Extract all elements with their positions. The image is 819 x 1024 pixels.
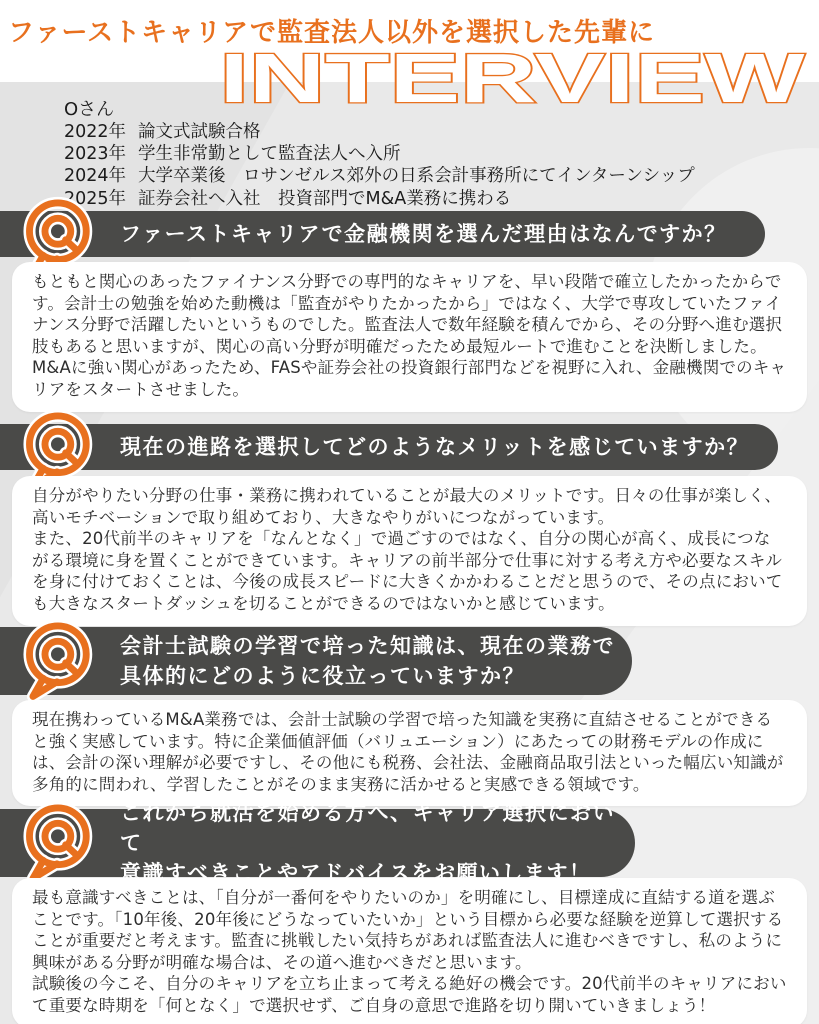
question-text: 会計士試験の学習で培った知識は、現在の業務で 具体的にどのように役立っていますか… [120,631,615,691]
timeline-year: 2024年 [64,165,138,187]
timeline-event: 大学卒業後 ロサンゼルス郊外の日系会計事務所にてインターンシップ [138,165,695,187]
answer-text: もともと関心のあったファイナンス分野での専門的なキャリアを、早い段階で確立したか… [32,271,787,401]
question-text: 現在の進路を選択してどのようなメリットを感じていますか？ [120,432,749,462]
answer-box-3: 現在携わっているM&A業務では、会計士試験の学習で培った知識を実務に直結させるこ… [12,700,807,806]
answer-box-1: もともと関心のあったファイナンス分野での専門的なキャリアを、早い段階で確立したか… [12,262,807,412]
timeline-row: 2025年 証券会社へ入社 投資部門でM&A業務に携わる [64,188,695,210]
answer-text: 最も意識すべきことは、「自分が一番何をやりたいのか」を明確にし、目標達成に直結す… [32,887,787,1017]
answer-box-4: 最も意識すべきことは、「自分が一番何をやりたいのか」を明確にし、目標達成に直結す… [12,878,807,1024]
page-kicker-title: ファーストキャリアで監査法人以外を選択した先輩に [8,12,655,49]
timeline-year: 2023年 [64,143,138,165]
question-bar-3: 会計士試験の学習で培った知識は、現在の業務で 具体的にどのように役立っていますか… [0,627,632,695]
question-bar-4: これから就活を始める方へ、キャリア選択において 意識すべきことやアドバイスをお願… [0,809,635,877]
answer-text: 現在携わっているM&A業務では、会計士試験の学習で培った知識を実務に直結させるこ… [32,709,787,795]
timeline-row: 2024年 大学卒業後 ロサンゼルス郊外の日系会計事務所にてインターンシップ [64,165,695,187]
question-text: これから就活を始める方へ、キャリア選択において 意識すべきことやアドバイスをお願… [120,798,635,888]
question-text: ファーストキャリアで金融機関を選んだ理由はなんですか？ [120,219,727,249]
timeline-event: 証券会社へ入社 投資部門でM&A業務に携わる [138,188,511,210]
profile-block: Oさん 2022年 論文式試験合格 2023年 学生非常勤として監査法人へ入所 … [64,98,695,210]
timeline-row: 2023年 学生非常勤として監査法人へ入所 [64,143,695,165]
question-bar-2: 現在の進路を選択してどのようなメリットを感じていますか？ [0,424,778,470]
answer-text: 自分がやりたい分野の仕事・業務に携われていることが最大のメリットです。日々の仕事… [32,485,787,615]
timeline-event: 論文式試験合格 [138,121,261,143]
answer-box-2: 自分がやりたい分野の仕事・業務に携われていることが最大のメリットです。日々の仕事… [12,476,807,626]
interview-poster: { "header": { "kicker": "ファーストキャリアで監査法人以… [0,0,819,1024]
profile-name: Oさん [64,98,695,121]
timeline-row: 2022年 論文式試験合格 [64,121,695,143]
timeline-event: 学生非常勤として監査法人へ入所 [138,143,401,165]
q-speech-bubble-icon [14,619,100,709]
timeline-year: 2022年 [64,121,138,143]
question-bar-1: ファーストキャリアで金融機関を選んだ理由はなんですか？ [0,211,765,257]
